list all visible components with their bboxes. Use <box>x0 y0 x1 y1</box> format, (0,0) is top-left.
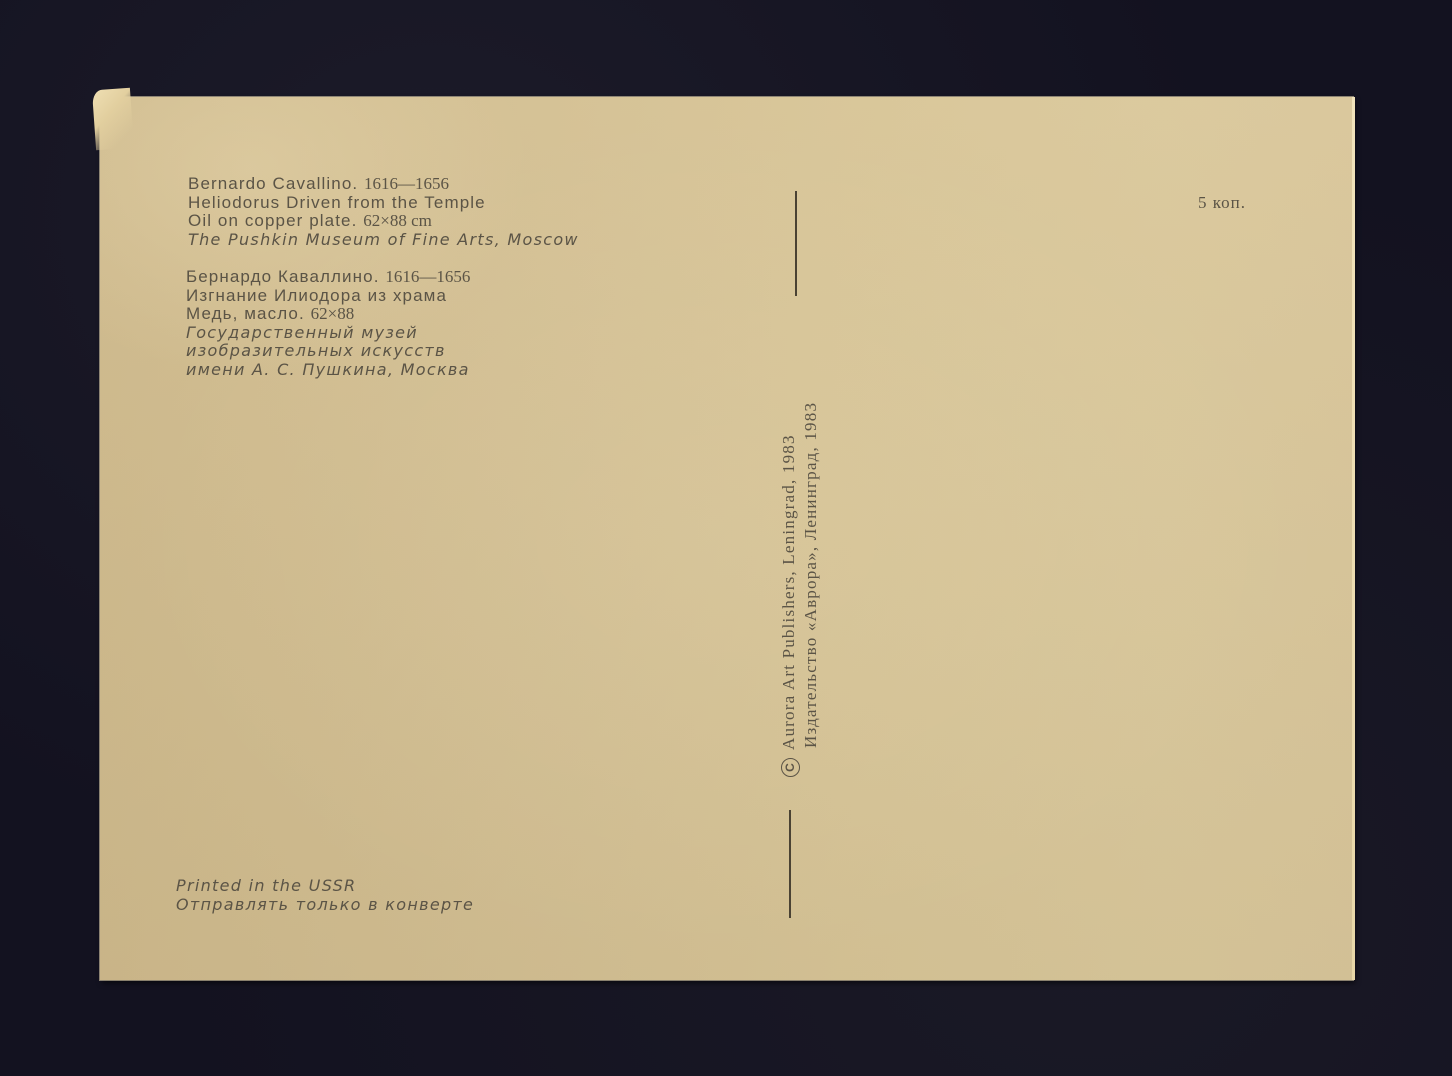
artist-name-ru: Бернардо Каваллино. <box>186 267 380 286</box>
medium-line-en: Oil on copper plate. 62×88 cm <box>188 212 579 231</box>
publisher-imprint: CAurora Art Publishers, Leningrad, 1983 … <box>778 402 822 777</box>
publisher-line-en: CAurora Art Publishers, Leningrad, 1983 <box>778 402 800 777</box>
footer-notes: Printed in the USSR Отправлять только в … <box>176 877 474 915</box>
bent-corner <box>92 88 134 151</box>
dimensions-ru: 62×88 <box>311 304 355 323</box>
caption-russian: Бернардо Каваллино. 1616—1656 Изгнание И… <box>186 268 470 379</box>
dimensions-en: 62×88 cm <box>363 211 432 230</box>
copyright-icon: C <box>781 758 800 777</box>
divider-line-bottom <box>789 810 791 918</box>
museum-ru-line2: изобразительных искусств <box>186 342 470 361</box>
artist-line-en: Bernardo Cavallino. 1616—1656 <box>188 175 579 194</box>
artwork-title-ru: Изгнание Илиодора из храма <box>186 287 470 306</box>
caption-english: Bernardo Cavallino. 1616—1656 Heliodorus… <box>188 175 579 249</box>
publisher-text-en: Aurora Art Publishers, Leningrad, 1983 <box>779 434 798 750</box>
artist-dates-ru: 1616—1656 <box>385 267 470 286</box>
medium-line-ru: Медь, масло. 62×88 <box>186 305 470 324</box>
artist-name-en: Bernardo Cavallino. <box>188 174 358 193</box>
printed-in-ussr: Printed in the USSR <box>176 877 474 896</box>
publisher-line-ru: Издательство «Аврора», Ленинград, 1983 <box>800 402 822 777</box>
museum-ru-line3: имени А. С. Пушкина, Москва <box>186 361 470 380</box>
publisher-text-ru: Издательство «Аврора», Ленинград, 1983 <box>801 402 820 748</box>
medium-en: Oil on copper plate. <box>188 211 357 230</box>
medium-ru: Медь, масло. <box>186 304 305 323</box>
divider-line-top <box>795 191 797 296</box>
museum-en: The Pushkin Museum of Fine Arts, Moscow <box>188 231 579 250</box>
artwork-title-en: Heliodorus Driven from the Temple <box>188 194 579 213</box>
postage-price: 5 коп. <box>1198 193 1246 213</box>
artist-line-ru: Бернардо Каваллино. 1616—1656 <box>186 268 470 287</box>
postcard-back: Bernardo Cavallino. 1616—1656 Heliodorus… <box>100 97 1353 980</box>
mailing-note: Отправлять только в конверте <box>176 896 474 915</box>
artist-dates-en: 1616—1656 <box>364 174 449 193</box>
card-edge <box>1352 97 1355 980</box>
museum-ru-line1: Государственный музей <box>186 324 470 343</box>
